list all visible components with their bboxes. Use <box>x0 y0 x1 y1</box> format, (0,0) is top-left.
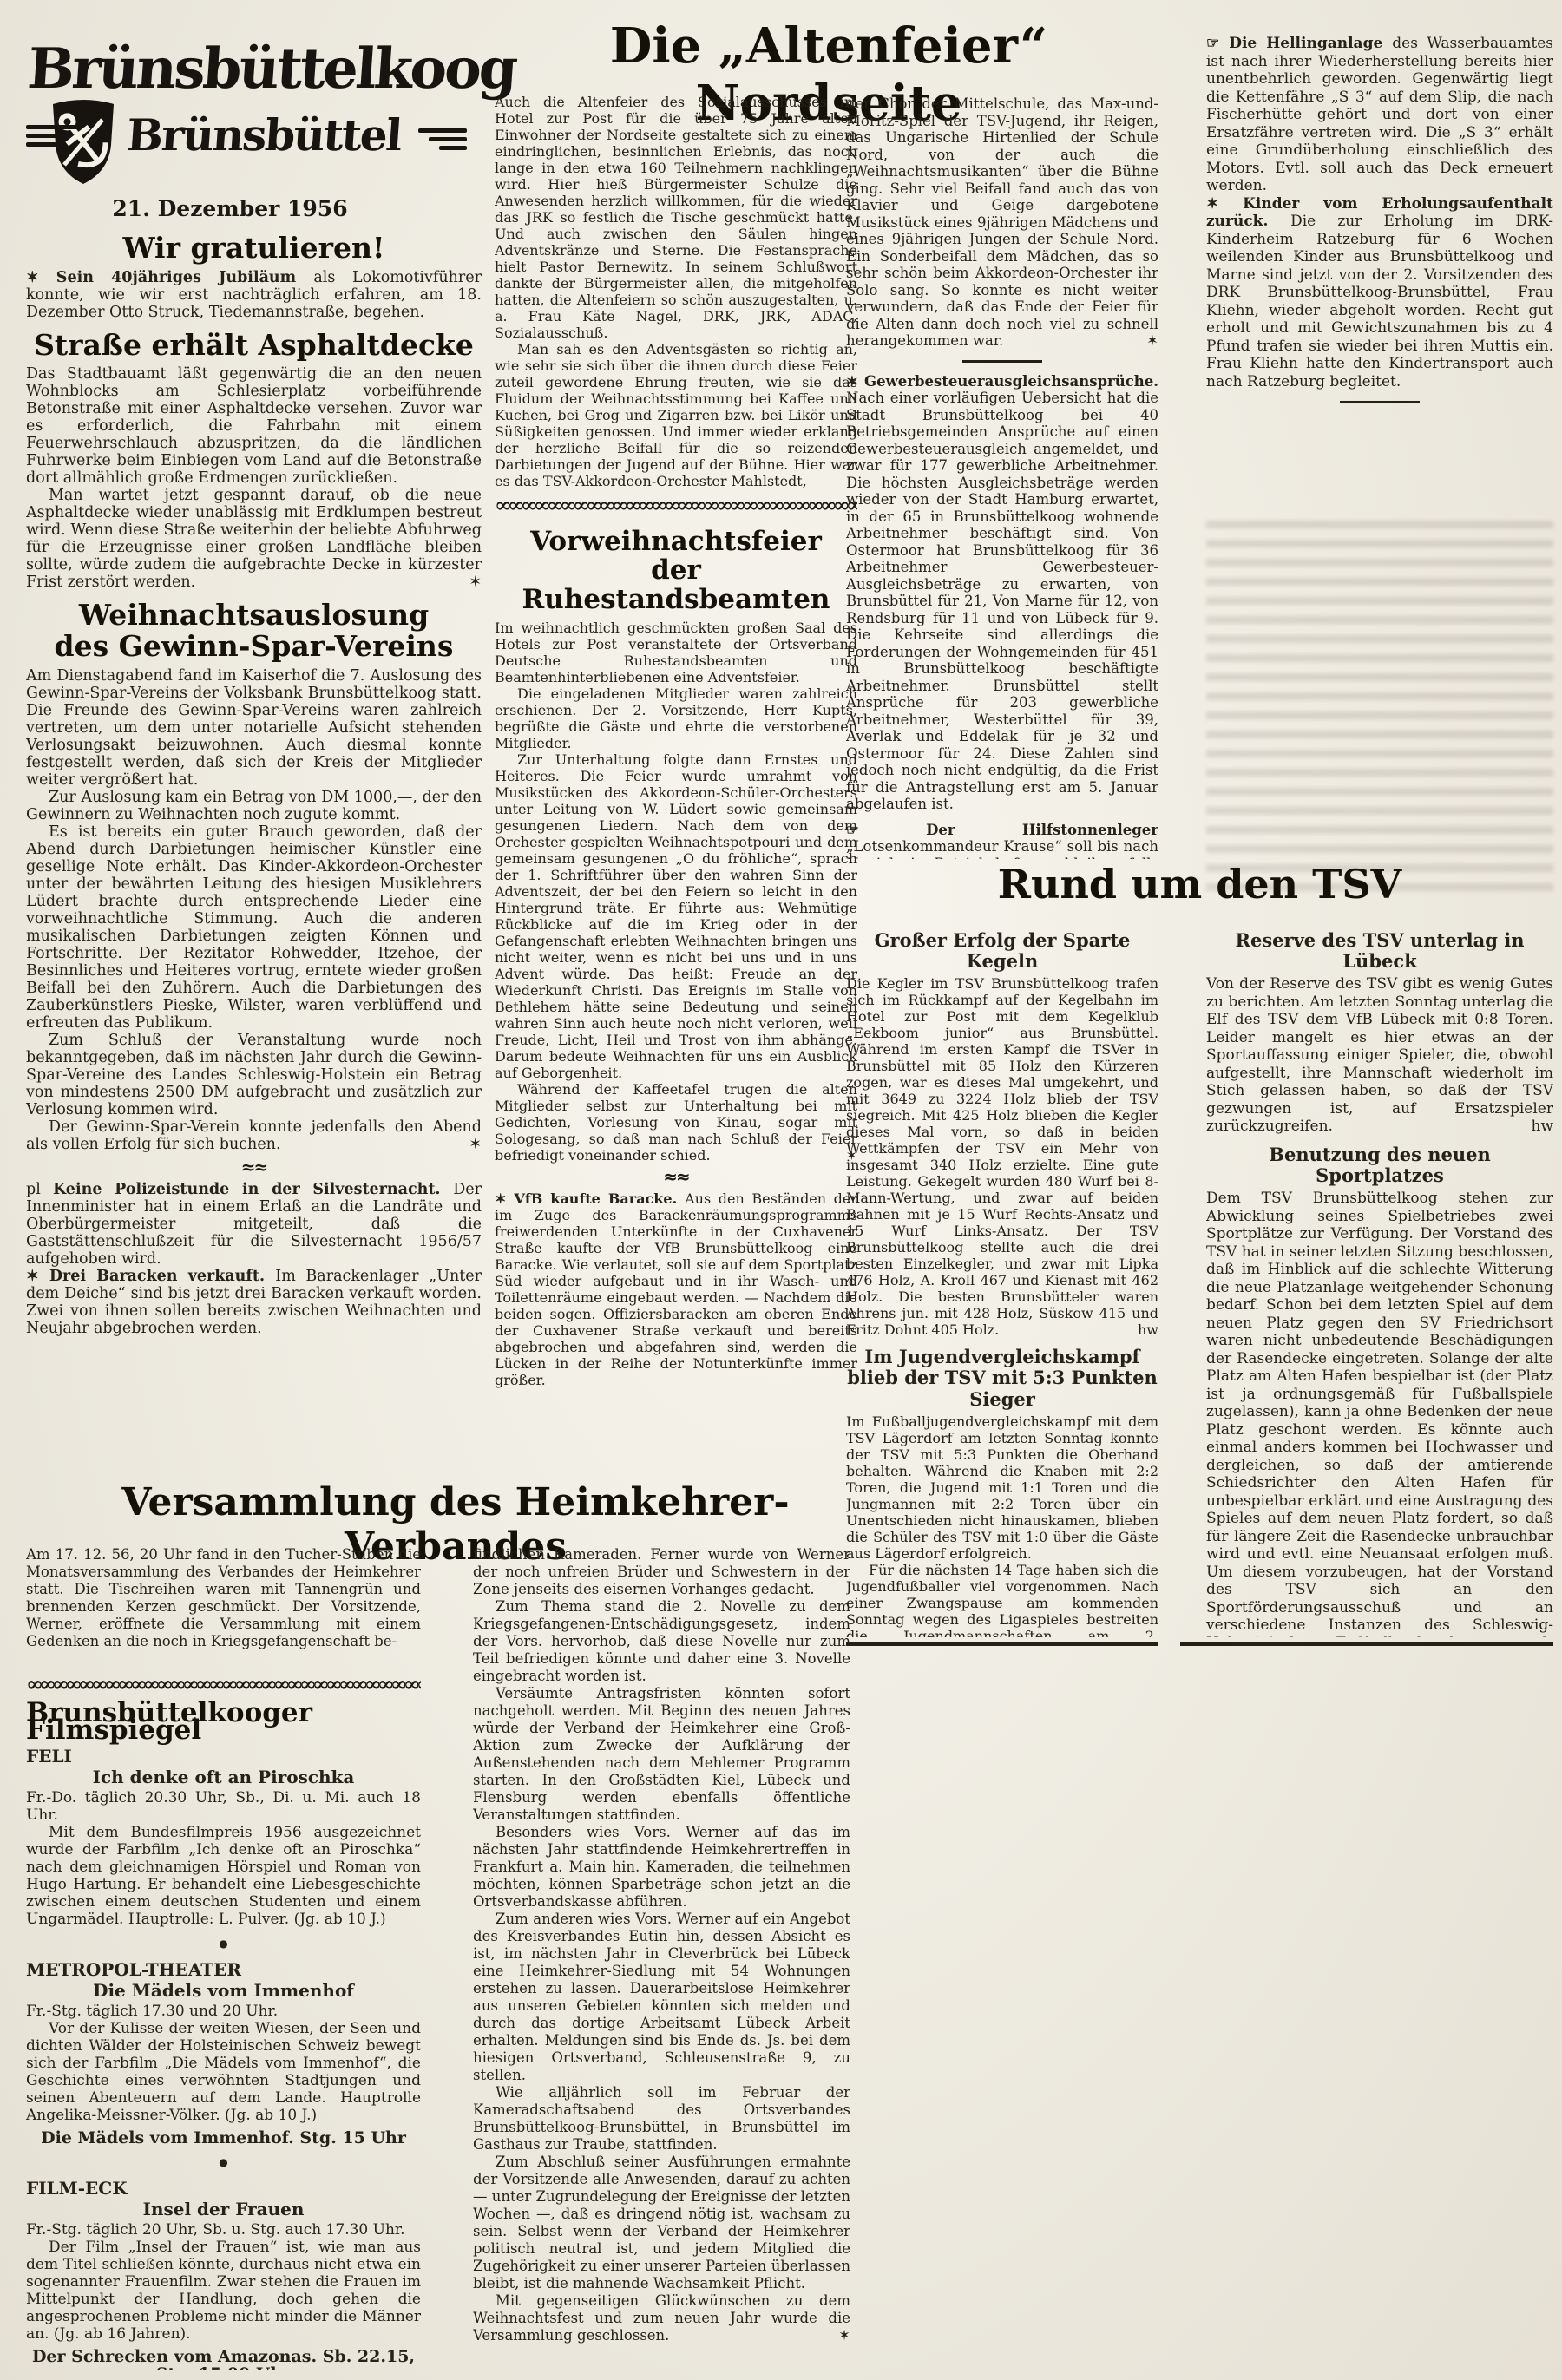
end-star-icon: ✶ <box>1146 332 1158 350</box>
brief-text: des Wasserbauamtes ist nach ihrer Wieder… <box>1206 35 1553 194</box>
article-heading: Großer Erfolg der Sparte Kegeln <box>846 930 1158 972</box>
article-sportplatz: Benutzung des neuen Sportplatzes Dem TSV… <box>1206 1144 1553 1637</box>
brief-lead: ✶ VfB kaufte Baracke. <box>495 1190 685 1207</box>
section-rule <box>1180 1642 1553 1646</box>
article-vorweihnachtsfeier: Vorweihnachtsfeierder Ruhestandsbeamten … <box>495 528 857 1164</box>
paragraph: Mit gegenseitigen Glückwünschen zu dem W… <box>473 2292 850 2344</box>
brief-lead: ✶ Sein 40jähriges Jubiläum <box>26 269 313 286</box>
article-heading: Vorweihnachtsfeierder Ruhestandsbeamten <box>495 528 857 614</box>
paragraph: ☞ Der Hilfstonnenleger „Lotsenkommandeur… <box>846 822 1158 860</box>
paragraph: Mit dem Bundesfilmpreis 1956 ausgezeichn… <box>26 1824 421 1928</box>
newspaper-page: Brünsbüttelkoog Brünsbüttel 21. Dezember… <box>0 0 1562 2380</box>
paragraph: Zur Auslosung kam ein Betrag von DM 1000… <box>26 789 482 823</box>
heading-line1: Weihnachtsauslosung <box>79 598 429 632</box>
paragraph: Vor der Kulisse der weiten Wiesen, der S… <box>26 2020 421 2124</box>
cinema-name: FILM-ECK <box>26 2180 421 2197</box>
paragraph: Zum anderen wies Vors. Werner auf ein An… <box>473 1911 850 2084</box>
masthead-title-line2: Brünsbüttel <box>125 109 403 161</box>
brief-kinder-erholung: ✶ Kinder vom Erholungsaufenthalt zurück.… <box>1206 195 1553 391</box>
tilde-divider <box>495 1169 857 1185</box>
brief-text: Aus den Beständen der im Zuge des Barack… <box>495 1190 857 1388</box>
author-initials: hw <box>1138 1321 1158 1338</box>
article-altenfeier-col3: der Chor der Mittelschule, das Max-und-M… <box>846 95 1158 350</box>
paragraph: ✶ Kinder vom Erholungsaufenthalt zurück.… <box>1206 195 1553 391</box>
end-star-icon: ✶ <box>446 1136 482 1153</box>
column-2: Auch die Altenfeier des Sozialausschusse… <box>495 94 857 1469</box>
flourish-right <box>418 128 467 150</box>
paragraph: ✶ VfB kaufte Baracke. Aus den Beständen … <box>495 1190 857 1388</box>
masthead: Brünsbüttelkoog Brünsbüttel <box>26 35 482 193</box>
heading-line2: der Ruhestandsbeamten <box>522 554 830 614</box>
article-reserve: Reserve des TSV unterlag in Lübeck Von d… <box>1206 930 1553 1136</box>
bleed-through-text <box>1206 521 1553 894</box>
paragraph: Auch die Altenfeier des Sozialausschusse… <box>495 94 857 341</box>
paragraph: Dem TSV Brunsbüttelkoog stehen zur Abwic… <box>1206 1190 1553 1637</box>
article-altenfeier-col2: Auch die Altenfeier des Sozialausschusse… <box>495 94 857 489</box>
heading-line2: des Gewinn-Spar-Vereins <box>55 629 454 663</box>
film-extra-showing: Der Schrecken vom Amazonas. Sb. 22.15, S… <box>26 2348 421 2370</box>
article-heading: Im Jugendvergleichskampf blieb der TSV m… <box>846 1347 1158 1409</box>
brief-lead: Keine Polizeistunde in der Silvesternach… <box>53 1181 453 1198</box>
paragraph: Wie alljährlich soll im Februar der Kame… <box>473 2084 850 2154</box>
brief-lead: ✶ Drei Baracken verkauft. <box>26 1268 275 1285</box>
paragraph: findlichen Kameraden. Ferner wurde von W… <box>473 1546 850 1598</box>
paragraph: Der Gewinn-Spar-Verein konnte jedenfalls… <box>26 1118 482 1153</box>
heading-line1: Vorweihnachtsfeier <box>530 526 822 557</box>
paragraph: Während der Kaffeetafel trugen die alten… <box>495 1081 857 1164</box>
dot-divider <box>26 2154 421 2171</box>
masthead-title-line1: Brünsbüttelkoog <box>25 36 517 102</box>
column-1: Wir gratulieren! ✶ Sein 40jähriges Jubil… <box>26 224 482 1472</box>
article-heading: Benutzung des neuen Sportplatzes <box>1206 1144 1553 1186</box>
end-star-icon: ✶ <box>816 2327 850 2344</box>
paragraph: Im weihnachtlich geschmückten großen Saa… <box>495 620 857 685</box>
paragraph: Man sah es den Adventsgästen so richtig … <box>495 341 857 489</box>
brief-lead: ☞ Die Hellinganlage <box>1206 35 1392 52</box>
paragraph-text: Dem TSV Brunsbüttelkoog stehen zur Abwic… <box>1206 1190 1553 1637</box>
cinema-filmeck: FILM-ECK Insel der Frauen Fr.-Stg. tägli… <box>26 2180 421 2370</box>
showtimes: Fr.-Do. täglich 20.30 Uhr, Sb., Di. u. M… <box>26 1789 421 1824</box>
paragraph: ✶ Sein 40jähriges Jubiläum als Lokomotiv… <box>26 269 482 321</box>
paragraph: ☞ Die Hellinganlage des Wasserbauamtes i… <box>1206 35 1553 195</box>
paragraph-text: Für die nächsten 14 Tage haben sich die … <box>846 1562 1158 1637</box>
section-rule <box>846 1642 1158 1646</box>
column-3-tsv: Großer Erfolg der Sparte Kegeln Die Kegl… <box>846 921 1158 1637</box>
flourish-left <box>26 125 82 147</box>
paragraph: Der Film „Insel der Frauen“ ist, wie man… <box>26 2239 421 2343</box>
column-1-versammlung: Am 17. 12. 56, 20 Uhr fand in den Tucher… <box>26 1546 421 1661</box>
film-title: Ich denke oft an Piroschka <box>26 1768 421 1786</box>
brief-text: „Lotsenkommandeur Krause“ soll bis nach … <box>846 838 1158 859</box>
article-wir-gratulieren: Wir gratulieren! ✶ Sein 40jähriges Jubil… <box>26 233 482 321</box>
showtimes: Fr.-Stg. täglich 17.30 und 20 Uhr. <box>26 2003 421 2020</box>
rope-divider <box>26 1671 421 1694</box>
paragraph: Zur Unterhaltung folgte dann Ernstes und… <box>495 751 857 1081</box>
cinema-feli: FELI Ich denke oft an Piroschka Fr.-Do. … <box>26 1747 421 1928</box>
film-title: Insel der Frauen <box>26 2200 421 2218</box>
author-initials: hw <box>1532 1118 1554 1136</box>
paragraph-text: Mit gegenseitigen Glückwünschen zu dem W… <box>473 2292 850 2344</box>
article-heading: Weihnachtsauslosungdes Gewinn-Spar-Verei… <box>26 600 482 661</box>
section-heading: Brunsbüttelkooger Filmspiegel <box>26 1704 421 1739</box>
short-rule-divider <box>1340 401 1420 403</box>
short-rule-divider <box>962 360 1042 363</box>
paragraph: der Chor der Mittelschule, das Max-und-M… <box>846 95 1158 350</box>
article-heading: Straße erhält Asphaltdecke <box>26 330 482 361</box>
paragraph: Versäumte Antragsfristen könnten sofort … <box>473 1685 850 1824</box>
paragraph: Am Dienstagabend fand im Kaiserhof die 7… <box>26 667 482 789</box>
paragraph: Am 17. 12. 56, 20 Uhr fand in den Tucher… <box>26 1546 421 1650</box>
film-extra-showing: Die Mädels vom Immenhof. Stg. 15 Uhr <box>26 2129 421 2147</box>
paragraph: Das Stadtbauamt läßt gegenwärtig die an … <box>26 365 482 487</box>
brief-gewerbesteuer: ✶ Gewerbesteuerausgleichsansprüche. Nach… <box>846 373 1158 813</box>
column-4: ☞ Die Hellinganlage des Wasserbauamtes i… <box>1206 35 1553 508</box>
paragraph: Für die nächsten 14 Tage haben sich die … <box>846 1562 1158 1637</box>
paragraph: Zum Thema stand die 2. Novelle zu dem Kr… <box>473 1598 850 1685</box>
brief-hellinganlage: ☞ Die Hellinganlage des Wasserbauamtes i… <box>1206 35 1553 195</box>
paragraph: Man wartet jetzt gespannt darauf, ob die… <box>26 487 482 591</box>
brief-prefix: pl <box>26 1181 53 1198</box>
paragraph: pl Keine Polizeistunde in der Silvestern… <box>26 1181 482 1268</box>
brief-baracken: ✶ Drei Baracken verkauft. Im Barackenlag… <box>26 1268 482 1337</box>
brief-polizeistunde: pl Keine Polizeistunde in der Silvestern… <box>26 1181 482 1268</box>
cinema-metropol: METROPOL-THEATER Die Mädels vom Immenhof… <box>26 1961 421 2147</box>
end-star-icon: ✶ <box>446 574 482 591</box>
paragraph-text: Der Gewinn-Spar-Verein konnte jedenfalls… <box>26 1118 482 1153</box>
paragraph-text: Von der Reserve des TSV gibt es wenig Gu… <box>1206 975 1553 1135</box>
brief-lead: ☞ Der Hilfstonnenleger <box>846 822 1158 838</box>
brief-hilfstonnenleger: ☞ Der Hilfstonnenleger „Lotsenkommandeur… <box>846 822 1158 860</box>
rope-divider <box>495 496 857 519</box>
paragraph: Die Kegler im TSV Brunsbüttelkoog trafen… <box>846 975 1158 1338</box>
paragraph: Besonders wies Vors. Werner auf das im n… <box>473 1824 850 1911</box>
article-asphaltdecke: Straße erhält Asphaltdecke Das Stadtbaua… <box>26 330 482 592</box>
column-4-tsv: Reserve des TSV unterlag in Lübeck Von d… <box>1206 921 1553 1637</box>
paragraph: Es ist bereits ein guter Brauch geworden… <box>26 823 482 1032</box>
article-kegeln: Großer Erfolg der Sparte Kegeln Die Kegl… <box>846 930 1158 1338</box>
paragraph-text: der Chor der Mittelschule, das Max-und-M… <box>846 95 1158 349</box>
paragraph-text: Die Kegler im TSV Brunsbüttelkoog trafen… <box>846 975 1158 1338</box>
article-heading: Reserve des TSV unterlag in Lübeck <box>1206 930 1553 972</box>
film-title: Die Mädels vom Immenhof <box>26 1982 421 1999</box>
article-heading: Wir gratulieren! <box>26 233 482 264</box>
paragraph-text: Während der Kaffeetafel trugen die alten… <box>495 1081 857 1164</box>
filmspiegel-section: Brunsbüttelkooger Filmspiegel FELI Ich d… <box>26 1697 421 2370</box>
showtimes: Fr.-Stg. täglich 20 Uhr, Sb. u. Stg. auc… <box>26 2221 421 2239</box>
cinema-name: METROPOL-THEATER <box>26 1961 421 1978</box>
headline-rund-um-den-tsv: Rund um den TSV <box>846 861 1553 908</box>
paragraph: Zum Abschluß seiner Ausführungen ermahnt… <box>473 2154 850 2292</box>
brief-text: Nach einer vorläufigen Uebersicht hat di… <box>846 390 1158 812</box>
paragraph: ✶ Gewerbesteuerausgleichsansprüche. Nach… <box>846 373 1158 813</box>
dot-divider <box>26 1935 421 1952</box>
paragraph: ✶ Drei Baracken verkauft. Im Barackenlag… <box>26 1268 482 1337</box>
brief-lead: ✶ Gewerbesteuerausgleichsansprüche. <box>846 373 1158 390</box>
paragraph: Im Fußballjugendvergleichskampf mit dem … <box>846 1413 1158 1562</box>
brief-vfb-baracke: ✶ VfB kaufte Baracke. Aus den Beständen … <box>495 1190 857 1388</box>
paragraph: Von der Reserve des TSV gibt es wenig Gu… <box>1206 975 1553 1136</box>
paragraph: Die eingeladenen Mitglieder waren zahlre… <box>495 685 857 751</box>
article-weihnachtsauslosung: Weihnachtsauslosungdes Gewinn-Spar-Verei… <box>26 600 482 1152</box>
tilde-divider <box>26 1158 482 1176</box>
column-3: der Chor der Mittelschule, das Max-und-M… <box>846 95 1158 859</box>
paragraph-text: Man wartet jetzt gespannt darauf, ob die… <box>26 487 482 591</box>
paragraph: Zum Schluß der Veranstaltung wurde noch … <box>26 1032 482 1118</box>
brief-text: Die zur Erholung im DRK-Kinderheim Ratze… <box>1206 213 1553 390</box>
cinema-name: FELI <box>26 1747 421 1765</box>
column-2-versammlung: findlichen Kameraden. Ferner wurde von W… <box>473 1546 850 2370</box>
issue-date: 21. Dezember 1956 <box>26 196 434 221</box>
article-jugendvergleichskampf: Im Jugendvergleichskampf blieb der TSV m… <box>846 1347 1158 1637</box>
